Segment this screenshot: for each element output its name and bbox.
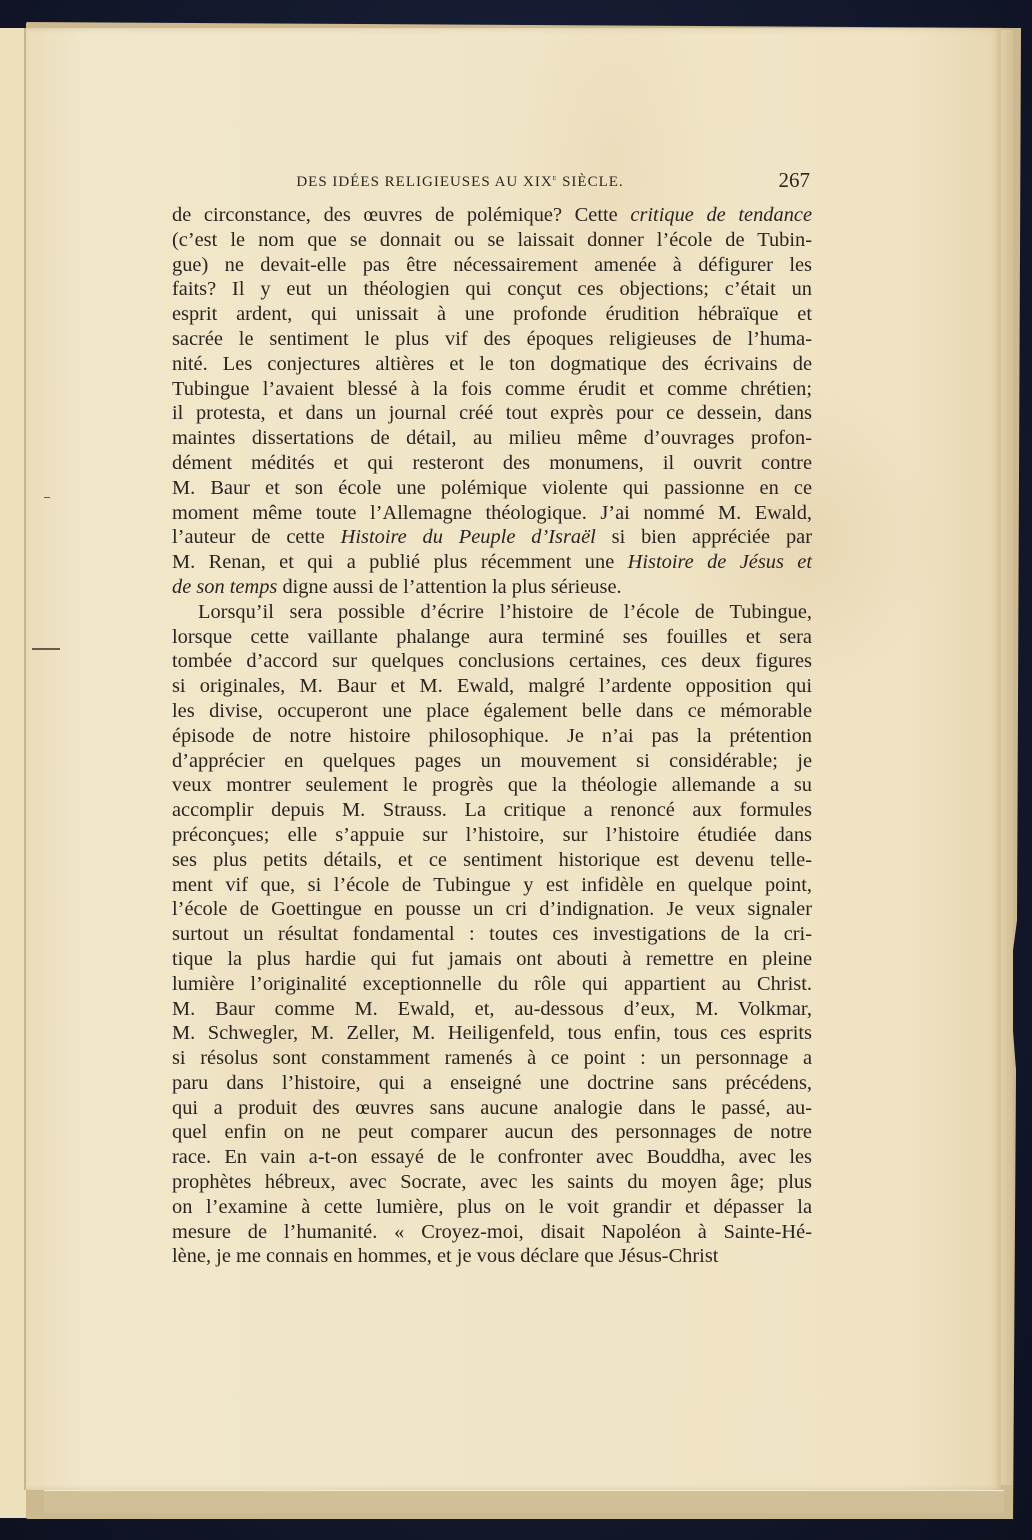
text-line: surtout un résultat fondamental : toutes… [172, 922, 812, 947]
text-line: M. Baur et son école une polémique viole… [172, 476, 812, 501]
text-line: nité. Les conjectures altières et le ton… [172, 352, 812, 377]
line-text: (c’est le nom que se donnait ou se laiss… [172, 229, 812, 251]
text-line: il protesta, et dans un journal créé tou… [172, 401, 812, 426]
page-header: DES IDÉES RELIGIEUSES AU XIXe SIÈCLE. 26… [170, 172, 810, 196]
text-line: faits? Il y eut un théologien qui conçut… [172, 277, 812, 302]
line-text: l’école de Goettingue en pousse un cri d… [172, 898, 812, 920]
text-line: veux montrer seulement le progrès que la… [172, 773, 812, 798]
line-text: sacrée le sentiment le plus vif des époq… [172, 328, 812, 350]
line-text: Lorsqu’il sera possible d’écrire l’histo… [198, 601, 812, 623]
text-line: préconçues; elle s’appuie sur l’histoire… [172, 823, 812, 848]
line-text: lène, je me connais en hommes, et je vou… [172, 1245, 718, 1267]
line-text: lorsque cette vaillante phalange aura te… [172, 626, 812, 648]
line-text: faits? Il y eut un théologien qui conçut… [172, 278, 812, 300]
line-text: de circonstance, des œuvres de polémique… [172, 204, 630, 226]
text-line: prophètes hébreux, avec Socrate, avec le… [172, 1170, 812, 1195]
text-line: ses plus petits détails, et ce sentiment… [172, 848, 812, 873]
italic-title: Histoire de Jésus et [628, 551, 812, 573]
text-line: lorsque cette vaillante phalange aura te… [172, 625, 812, 650]
text-line: d’apprécier en quelques pages un mouveme… [172, 749, 812, 774]
line-text: ses plus petits détails, et ce sentiment… [172, 849, 812, 871]
text-line: Lorsqu’il sera possible d’écrire l’histo… [172, 600, 812, 625]
text-line: M. Baur comme M. Ewald, et, au-dessous d… [172, 997, 812, 1022]
text-line: l’auteur de cette Histoire du Peuple d’I… [172, 525, 812, 550]
line-text: tombée d’accord sur quelques conclusions… [172, 650, 812, 672]
text-line: M. Renan, et qui a publié plus récemment… [172, 550, 812, 575]
line-text: gue) ne devait-elle pas être nécessairem… [172, 254, 812, 276]
line-text: esprit ardent, qui unissait à une profon… [172, 303, 812, 325]
italic-title: Histoire du Peuple d’Israël [341, 526, 596, 548]
line-text: nité. Les conjectures altières et le ton… [172, 353, 812, 375]
line-text: tique la plus hardie qui fut jamais ont … [172, 948, 812, 970]
text-line: quel enfin on ne peut comparer aucun des… [172, 1120, 812, 1145]
text-line: si résolus sont constamment ramenés à ce… [172, 1046, 812, 1071]
line-text: on l’examine à cette lumière, plus on le… [172, 1196, 812, 1218]
line-text: si bien appréciée par [596, 526, 812, 548]
text-line: épisode de notre histoire philosophique.… [172, 724, 812, 749]
text-line: race. En vain a-t-on essayé de le confro… [172, 1145, 812, 1170]
line-text: qui a produit des œuvres sans aucune ana… [172, 1097, 812, 1119]
line-text: épisode de notre histoire philosophique.… [172, 725, 812, 747]
text-line: lumière l’originalité exceptionnelle du … [172, 972, 812, 997]
page-number: 267 [779, 168, 811, 193]
line-text: préconçues; elle s’appuie sur l’histoire… [172, 824, 812, 846]
binding-thread-mark [44, 497, 50, 498]
text-line: on l’examine à cette lumière, plus on le… [172, 1195, 812, 1220]
italic-title: critique de tendance [630, 204, 812, 226]
line-text: veux montrer seulement le progrès que la… [172, 774, 812, 796]
previous-page-edge [0, 28, 27, 1518]
line-text: digne aussi de l’attention la plus série… [277, 576, 621, 598]
line-text: quel enfin on ne peut comparer aucun des… [172, 1121, 812, 1143]
text-line: qui a produit des œuvres sans aucune ana… [172, 1096, 812, 1121]
line-text: moment même toute l’Allemagne théologiqu… [172, 502, 812, 524]
text-line: de circonstance, des œuvres de polémique… [172, 203, 812, 228]
text-line: (c’est le nom que se donnait ou se laiss… [172, 228, 812, 253]
line-text: il protesta, et dans un journal créé tou… [172, 402, 812, 424]
line-text: race. En vain a-t-on essayé de le confro… [172, 1146, 812, 1168]
line-text: d’apprécier en quelques pages un mouveme… [172, 750, 812, 772]
line-text: M. Renan, et qui a publié plus récemment… [172, 551, 628, 573]
line-text: accomplir depuis M. Strauss. La critique… [172, 799, 812, 821]
text-line: lène, je me connais en hommes, et je vou… [172, 1244, 812, 1269]
line-text: les divise, occuperont une place égaleme… [172, 700, 812, 722]
text-line: sacrée le sentiment le plus vif des époq… [172, 327, 812, 352]
text-line: M. Schwegler, M. Zeller, M. Heiligenfeld… [172, 1021, 812, 1046]
text-line: dément médités et qui resteront des monu… [172, 451, 812, 476]
text-line: moment même toute l’Allemagne théologiqu… [172, 501, 812, 526]
line-text: maintes dissertations de détail, au mili… [172, 427, 812, 449]
text-line: paru dans l’histoire, qui a enseigné une… [172, 1071, 812, 1096]
body-text: de circonstance, des œuvres de polémique… [172, 203, 812, 1269]
line-text: dément médités et qui resteront des monu… [172, 452, 812, 474]
text-line: maintes dissertations de détail, au mili… [172, 426, 812, 451]
line-text: si résolus sont constamment ramenés à ce… [172, 1047, 812, 1069]
running-head: DES IDÉES RELIGIEUSES AU XIXe SIÈCLE. [170, 172, 750, 191]
text-line: mesure de l’humanité. « Croyez-moi, disa… [172, 1220, 812, 1245]
line-text: prophètes hébreux, avec Socrate, avec le… [172, 1171, 812, 1193]
text-line: esprit ardent, qui unissait à une profon… [172, 302, 812, 327]
text-line: Tubingue l’avaient blessé à la fois comm… [172, 377, 812, 402]
line-text: Tubingue l’avaient blessé à la fois comm… [172, 378, 812, 400]
text-line: gue) ne devait-elle pas être nécessairem… [172, 253, 812, 278]
text-line: tombée d’accord sur quelques conclusions… [172, 649, 812, 674]
running-head-tail: SIÈCLE. [557, 174, 623, 190]
line-text: ment vif que, si l’école de Tubingue y e… [172, 874, 812, 896]
text-line: tique la plus hardie qui fut jamais ont … [172, 947, 812, 972]
line-text: M. Baur et son école une polémique viole… [172, 477, 812, 499]
line-text: surtout un résultat fondamental : toutes… [172, 923, 812, 945]
line-text: l’auteur de cette [172, 526, 341, 548]
running-head-text: DES IDÉES RELIGIEUSES AU XIX [296, 174, 552, 190]
line-text: mesure de l’humanité. « Croyez-moi, disa… [172, 1221, 812, 1243]
text-line: si originales, M. Baur et M. Ewald, malg… [172, 674, 812, 699]
line-text: paru dans l’histoire, qui a enseigné une… [172, 1072, 812, 1094]
line-text: M. Schwegler, M. Zeller, M. Heiligenfeld… [172, 1022, 812, 1044]
text-line: l’école de Goettingue en pousse un cri d… [172, 897, 812, 922]
text-line: les divise, occuperont une place égaleme… [172, 699, 812, 724]
text-line: ment vif que, si l’école de Tubingue y e… [172, 873, 812, 898]
text-line: de son temps digne aussi de l’attention … [172, 575, 812, 600]
italic-title: de son temps [172, 576, 277, 598]
binding-thread-mark [32, 648, 60, 650]
line-text: lumière l’originalité exceptionnelle du … [172, 973, 812, 995]
text-line: accomplir depuis M. Strauss. La critique… [172, 798, 812, 823]
line-text: M. Baur comme M. Ewald, et, au-dessous d… [172, 998, 812, 1020]
bottom-page-edge [44, 1490, 1004, 1513]
line-text: si originales, M. Baur et M. Ewald, malg… [172, 675, 812, 697]
